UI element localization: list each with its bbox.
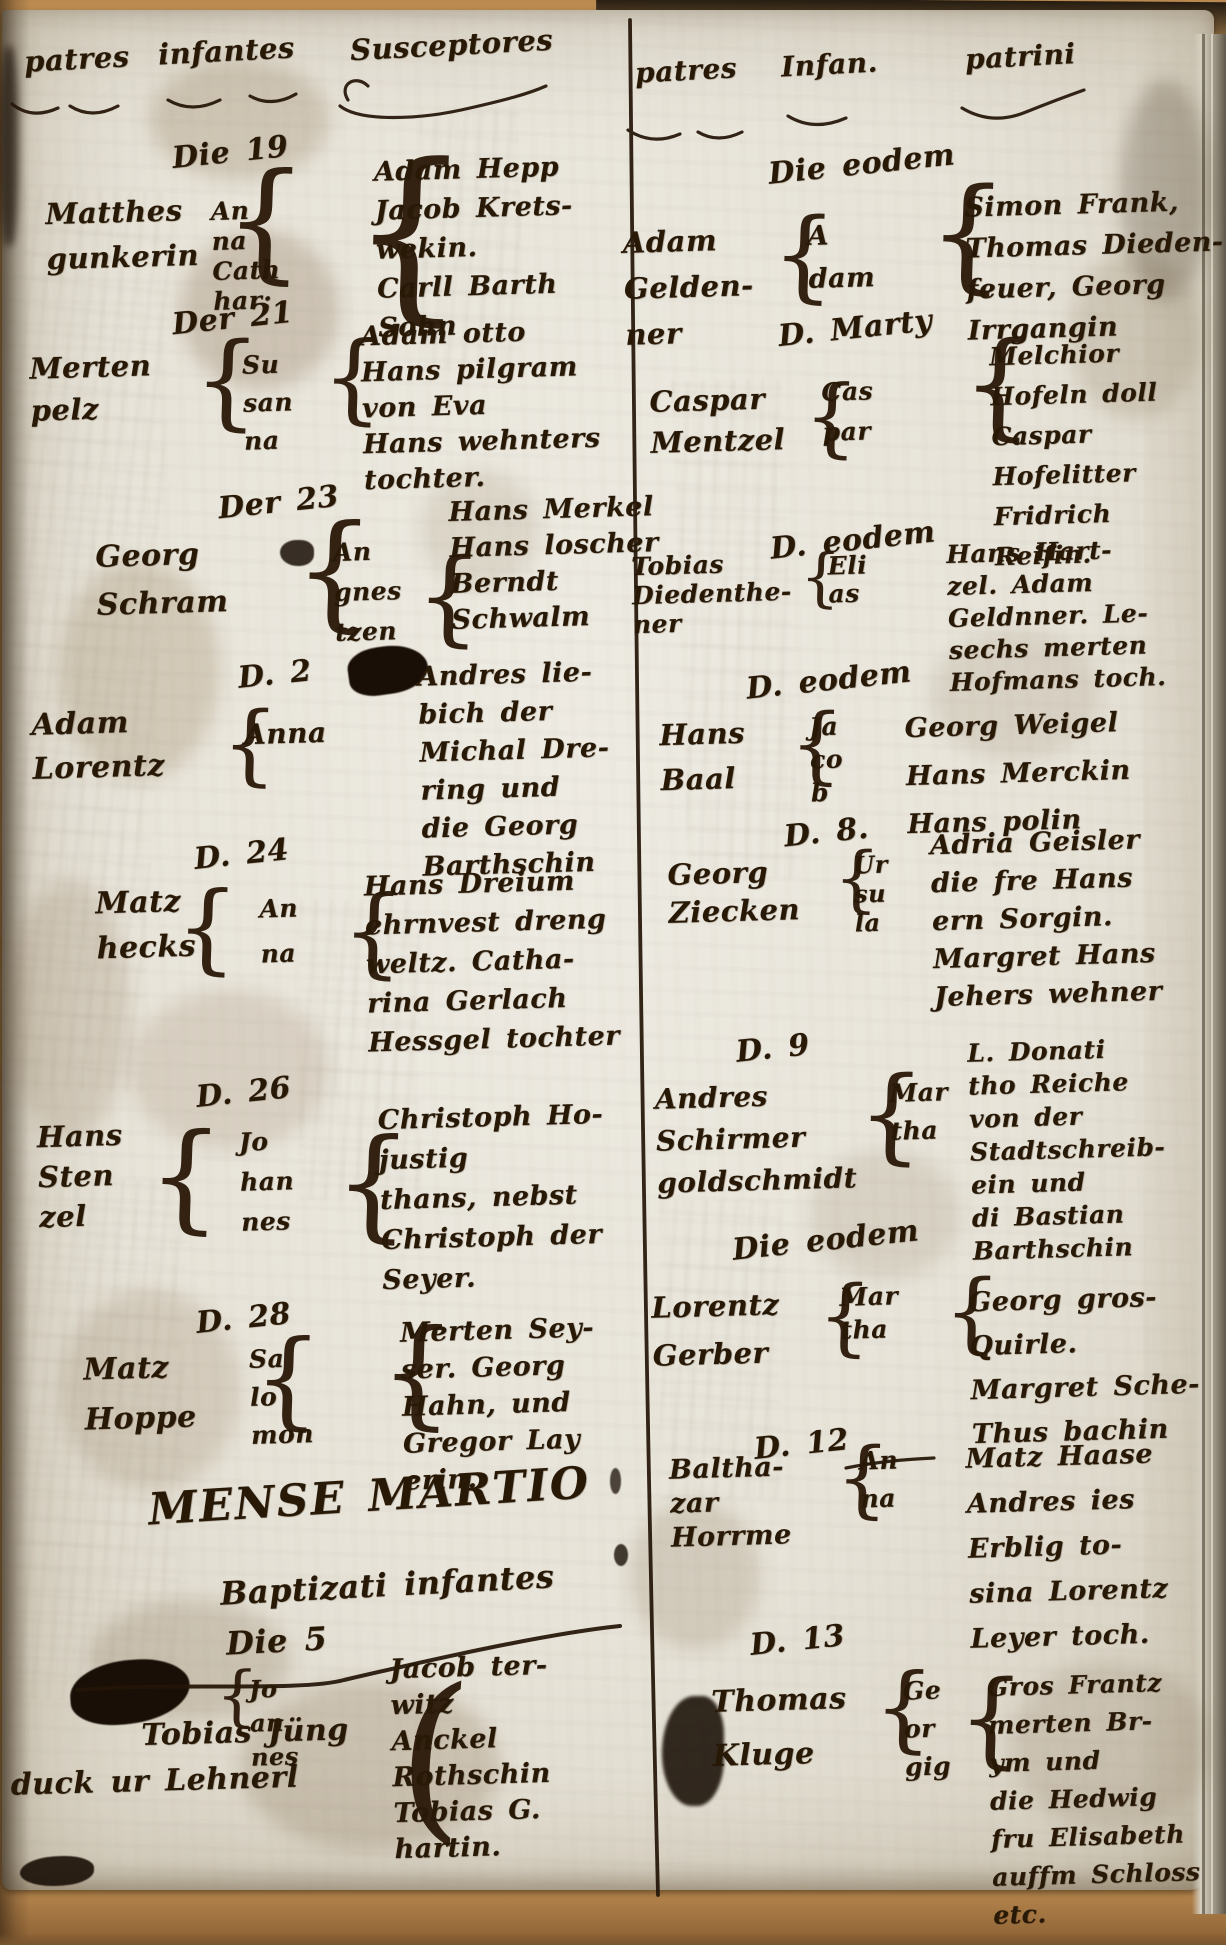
child-name: Jo an nes: [249, 1671, 300, 1774]
child-name: Mar tha: [839, 1279, 899, 1347]
father-name: Hans Sten zel: [36, 1115, 125, 1237]
godparents: Georg gros- Quirle. Margret Sche- Thus b…: [968, 1275, 1202, 1457]
ink-blot: [0, 46, 18, 246]
father-name: Tobias Diedenthe- ner: [631, 548, 793, 639]
father-name: Baltha- zar Horrme: [669, 1450, 793, 1555]
father-name: Andres Schirmer goldschmidt: [654, 1073, 857, 1205]
godparents: L. Donati tho Reiche von der Stadtschrei…: [967, 1031, 1169, 1267]
father-name: Adam Gelden- ner: [622, 216, 755, 358]
father-name: Tobias Jüng duck ur Lehnerl: [9, 1707, 351, 1808]
manuscript-photo: patres infantes Susceptores Die 19 Matth…: [0, 0, 1226, 1945]
column-header-patres: patres: [23, 39, 130, 78]
father-name: Merten pelz: [29, 344, 153, 431]
godparents: Adam otto Hans pilgram von Eva Hans wehn…: [360, 313, 602, 500]
godparents: Hans Merkel Hans loscher Berndt Schwalm: [448, 489, 661, 639]
father-name: Georg Ziecken: [667, 852, 801, 932]
father-name: Matthes gunkerin: [45, 188, 200, 282]
child-name: An gnes tzen: [332, 531, 403, 653]
cover-edge: [0, 1933, 1226, 1945]
child-name: Jo han nes: [238, 1121, 295, 1242]
ink-blot: [614, 1544, 628, 1566]
godparents: Jacob ter- witz Anckel Rothschin Tobias …: [389, 1648, 553, 1868]
father-name: Georg Schram: [95, 530, 229, 630]
binding-gutter: [0, 0, 30, 1945]
child-name: An na: [859, 1441, 900, 1518]
godparents: Hans Hart- zel. Adam Geldnner. Le- sechs…: [946, 533, 1167, 699]
month-first-date: Die 5: [225, 1621, 328, 1660]
child-name: Ur su la: [853, 850, 890, 938]
child-name: Mar tha: [889, 1073, 950, 1151]
child-name: Anna: [243, 713, 327, 755]
child-name: Su san na: [241, 345, 294, 460]
father-name: Adam Lorentz: [31, 700, 166, 792]
godparents: Adria Geisler die fre Hans ern Sorgin. M…: [929, 821, 1162, 1017]
godparents: Gros Frantz merten Br- ym und die Hedwig…: [986, 1663, 1202, 1935]
father-name: Matz Hoppe: [83, 1342, 198, 1445]
godparents: Christoph Ho- justig thans, nebst Christ…: [377, 1095, 608, 1301]
column-header-patrini: patrini: [964, 37, 1076, 77]
child-name: Ge or gig: [902, 1671, 951, 1786]
godparents: Matz Haase Andres ies Erblig to- sina Lo…: [965, 1431, 1170, 1661]
godparents: Hans Dreium ehrnvest dreng weltz. Catha-…: [363, 861, 620, 1063]
brace: {: [146, 1129, 224, 1224]
father-name: Hans Baal: [659, 711, 747, 803]
father-name: Lorentz Gerber: [651, 1280, 782, 1380]
column-header-infantes: infantes: [157, 30, 295, 71]
child-name: Cas par: [821, 371, 875, 452]
father-name: Caspar Mentzel: [649, 378, 786, 464]
column-header-infan: Infan.: [780, 45, 878, 84]
column-header-patres: patres: [634, 51, 738, 90]
ink-blot: [610, 1468, 621, 1494]
child-name: Ja co b: [809, 710, 845, 810]
child-name: Eli as: [827, 551, 868, 608]
child-name: Sa lo mon: [248, 1339, 314, 1455]
child-name: An na: [259, 885, 300, 976]
godparents: Andres lie- bich der Michal Dre- ring un…: [417, 653, 613, 886]
father-name: Thomas Kluge: [711, 1672, 849, 1784]
child-name: A dam: [807, 213, 876, 301]
brace: {: [175, 889, 240, 968]
